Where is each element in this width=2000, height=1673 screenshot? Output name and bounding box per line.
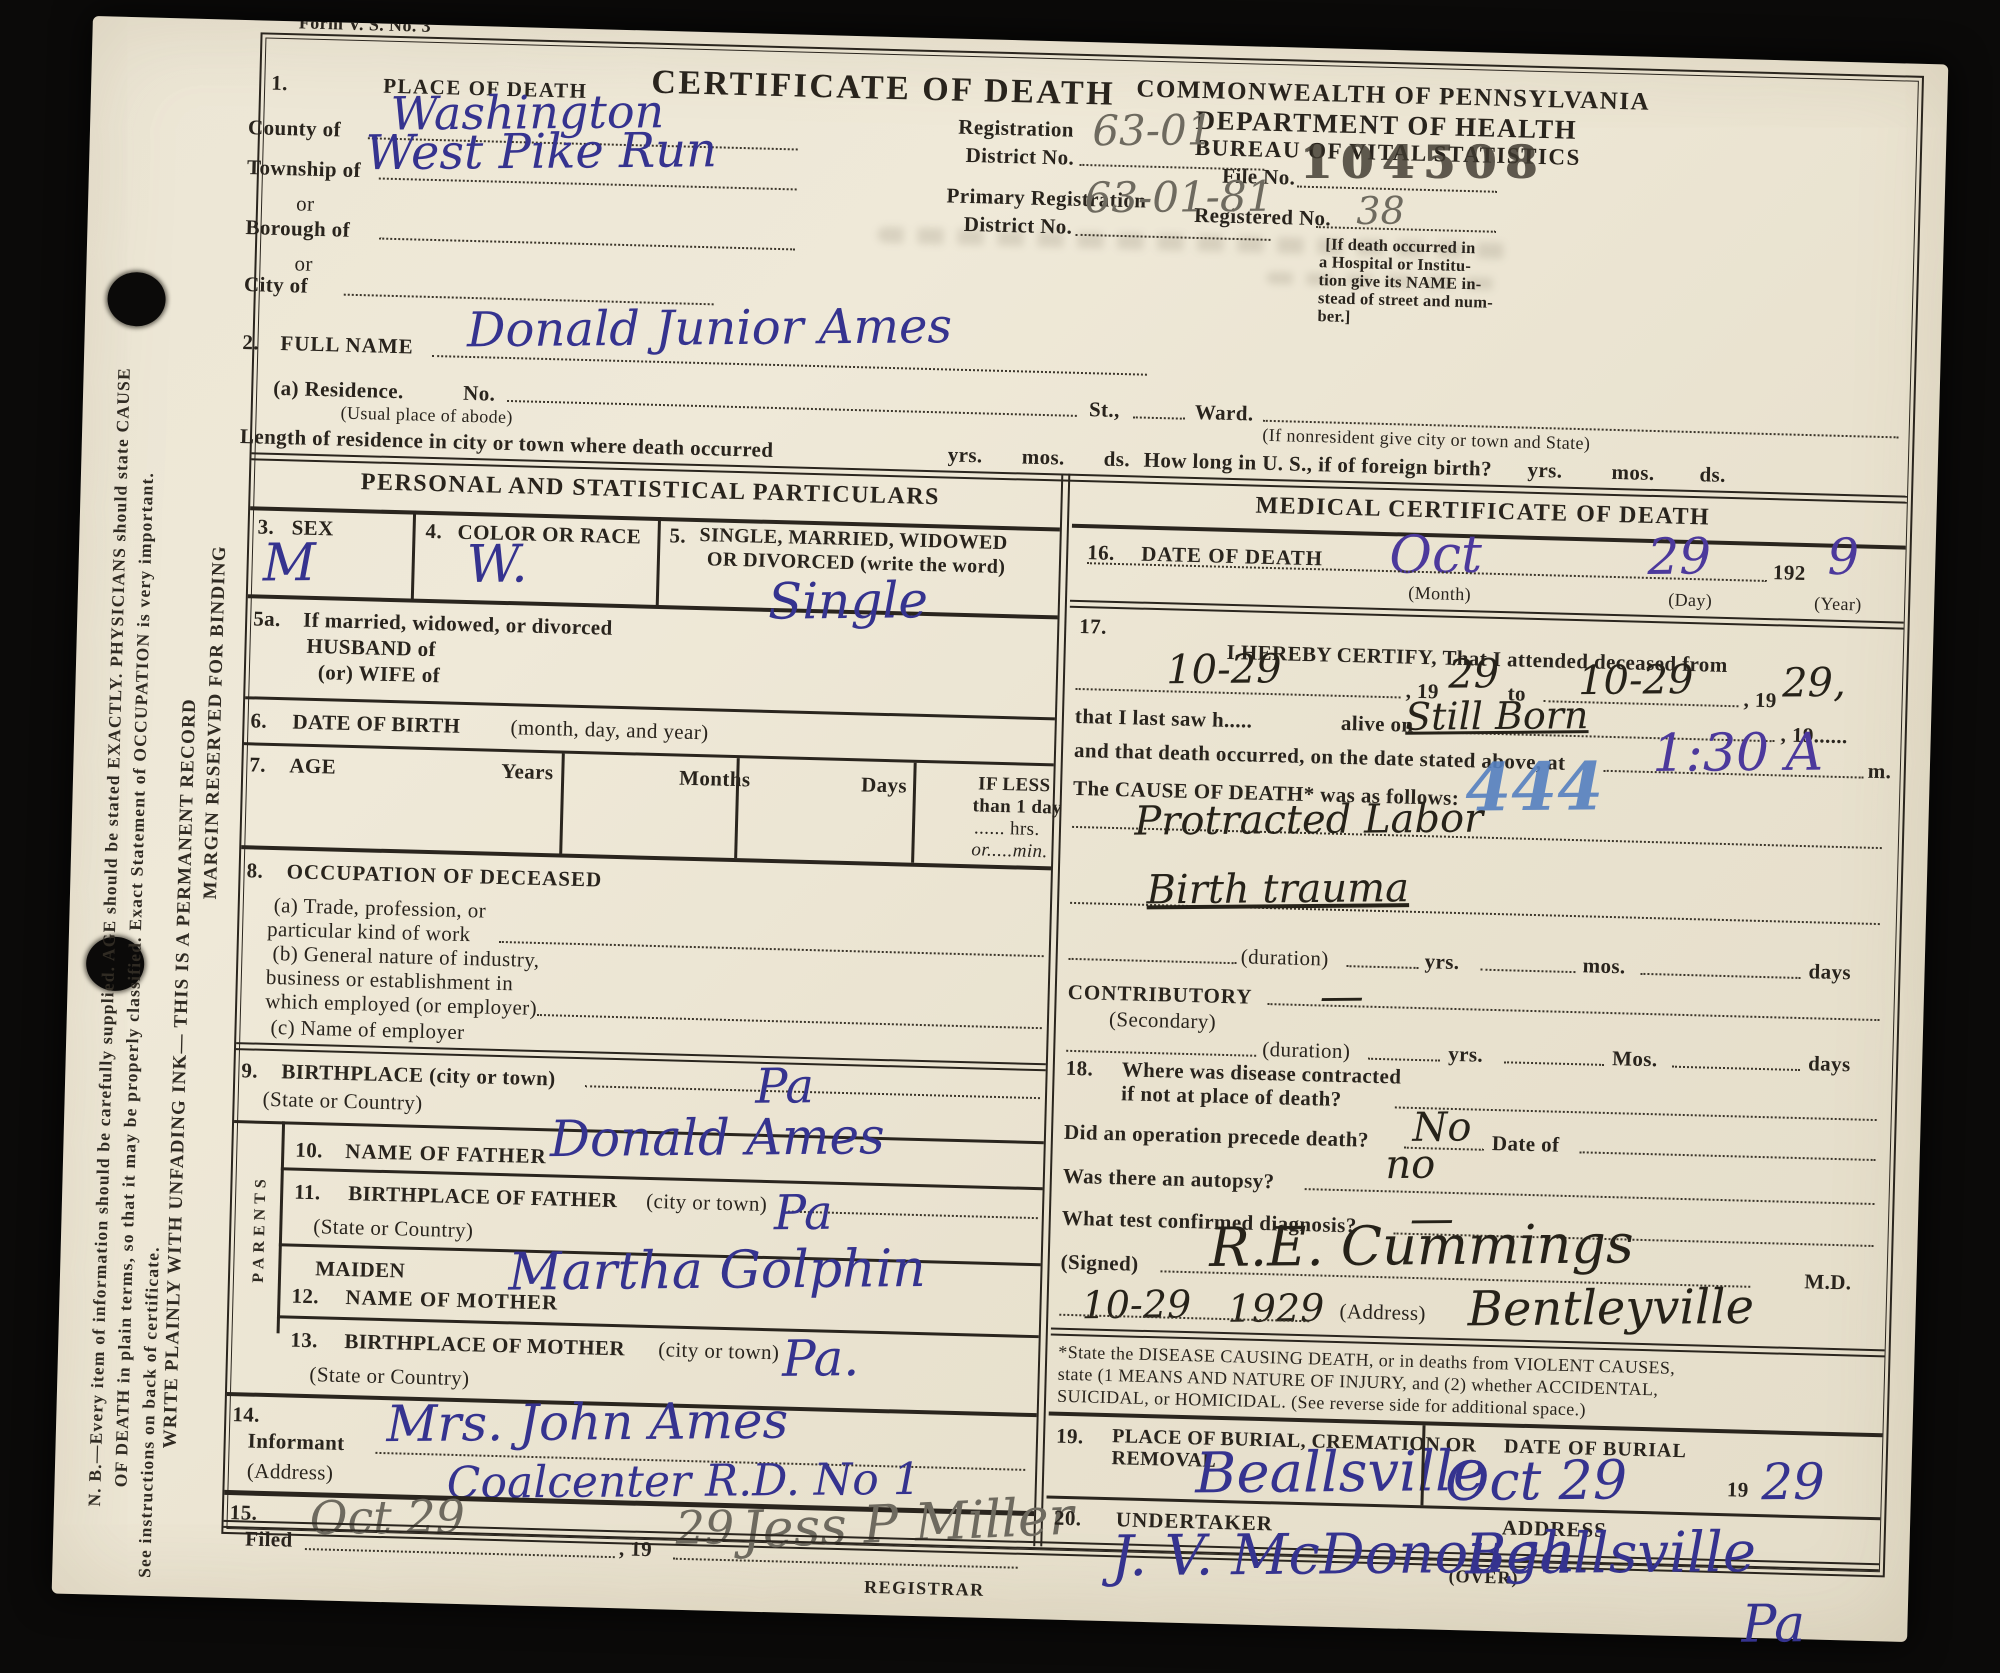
howlong-mos: mos.	[1611, 460, 1655, 486]
cause-value-2: Birth trauma	[1146, 868, 1409, 910]
bp-value: Pa	[755, 1062, 814, 1111]
length-mos: mos.	[1021, 444, 1065, 470]
contrib-value: —	[1320, 975, 1364, 1019]
if-less-1: IF LESS	[978, 773, 1051, 797]
informant-address-label: (Address)	[247, 1459, 334, 1486]
wife-label: (or) WIFE of	[318, 660, 441, 688]
full-name-value: Donald Junior Ames	[467, 302, 952, 354]
day-label: (Day)	[1668, 589, 1713, 611]
age-num: 7.	[249, 752, 266, 777]
cause-code-value: 444	[1465, 753, 1603, 820]
howlong-ds: ds.	[1699, 462, 1726, 488]
borough-label: Borough of	[245, 215, 350, 243]
age-years-label: Years	[501, 759, 554, 785]
filed-line-2	[673, 1558, 1018, 1569]
color-num: 4.	[425, 519, 442, 544]
registration-label-1: Registration	[958, 115, 1074, 143]
autopsy-value: no	[1385, 1145, 1435, 1185]
month-label: (Month)	[1408, 583, 1471, 606]
registration-label-2: District No.	[965, 143, 1074, 171]
dob-note: (month, day, and year)	[510, 715, 709, 745]
contrib-label: CONTRIBUTORY	[1067, 980, 1252, 1010]
marital-num: 5.	[669, 523, 686, 548]
if-less-3: ...... hrs.	[974, 817, 1040, 841]
city-label: City of	[244, 272, 309, 299]
dob-num: 6.	[250, 708, 267, 733]
registered-no-value: 38	[1356, 192, 1405, 230]
full-name-label: FULL NAME	[280, 331, 414, 359]
signed-label: (Signed)	[1060, 1250, 1139, 1277]
howlong-yrs: yrs.	[1527, 458, 1562, 484]
q18-num: 18.	[1065, 1056, 1093, 1082]
duration-days: days	[1808, 959, 1851, 985]
dod-day-value: 29	[1647, 531, 1711, 582]
duration-mos: mos.	[1582, 953, 1626, 979]
filed-label: Filed	[245, 1526, 293, 1552]
alive-on-label: alive on	[1341, 711, 1414, 738]
attended-to-19: , 19	[1743, 687, 1777, 713]
certificate-paper: N. B.—Every item of information should b…	[52, 16, 1949, 1642]
duration-yrs: yrs.	[1424, 949, 1459, 975]
secondary-label: (Secondary)	[1109, 1007, 1217, 1035]
hospital-note-5: ber.]	[1317, 306, 1350, 327]
dob-label: DATE OF BIRTH	[292, 709, 460, 738]
margin-note-instructions: See instructions on back of certificate.	[134, 1246, 164, 1578]
if-less-2: than 1 day	[972, 795, 1062, 819]
mother-bp-num: 13.	[290, 1328, 318, 1354]
year-label: (Year)	[1814, 593, 1862, 615]
duration2-yrs: yrs.	[1448, 1042, 1483, 1068]
abode-note: (Usual place of abode)	[340, 403, 513, 429]
mother-bp-note2: (State or Country)	[309, 1362, 470, 1391]
filed-19: , 19	[619, 1536, 653, 1562]
dod-year-printed: 192	[1773, 560, 1806, 586]
dateof-label: Date of	[1492, 1131, 1560, 1158]
informant-num: 14.	[232, 1402, 260, 1428]
mother-bp-note1: (city or town)	[658, 1337, 780, 1365]
father-bp-note2: (State or Country)	[313, 1214, 474, 1243]
md-label: M.D.	[1804, 1269, 1852, 1295]
color-value: W.	[467, 538, 528, 591]
length-yrs: yrs.	[947, 443, 982, 469]
residence-label: (a) Residence.	[273, 376, 404, 404]
mother-bp-value: Pa.	[782, 1333, 860, 1384]
burial-date-19: 19	[1727, 1477, 1749, 1503]
sec1-num: 1.	[271, 71, 288, 96]
bp-note: (State or Country)	[262, 1087, 423, 1116]
primary-reg-value: 63-01-81	[1084, 176, 1273, 220]
mother-num: 12.	[291, 1284, 319, 1310]
last-saw-label: that I last saw h.....	[1075, 704, 1253, 734]
duration2-label: (duration)	[1262, 1037, 1351, 1064]
county-label: County of	[248, 115, 341, 142]
duration2-mos: Mos.	[1612, 1046, 1658, 1072]
or-label-1: or	[296, 191, 315, 216]
margin-note-binding: MARGIN RESERVED FOR BINDING	[200, 545, 231, 900]
duration2-days: days	[1808, 1051, 1851, 1077]
attended-from-year: 29	[1448, 654, 1499, 694]
duration-label: (duration)	[1240, 944, 1329, 971]
informant-label: Informant	[247, 1429, 345, 1457]
burial-date-value: Oct 29	[1445, 1453, 1628, 1509]
md-address-value: Bentleyville	[1467, 1283, 1754, 1333]
cert-num: 17.	[1079, 614, 1107, 640]
file-no-stamp: 104508	[1300, 135, 1546, 189]
burial-place-value: Beallsville	[1195, 1444, 1486, 1503]
filed-year-value: 29	[675, 1504, 734, 1551]
age-months-label: Months	[679, 766, 751, 793]
township-label: Township of	[247, 155, 362, 183]
father-bp-note1: (city or town)	[646, 1189, 768, 1217]
bp-num: 9.	[241, 1058, 258, 1083]
maiden-label: MAIDEN	[315, 1256, 406, 1283]
father-label: NAME OF FATHER	[345, 1139, 547, 1169]
punch-hole-top	[107, 271, 166, 326]
burial-date-year: 29	[1761, 1457, 1825, 1508]
attended-to-year: 29,	[1782, 663, 1846, 704]
occ-c: (c) Name of employer	[270, 1015, 465, 1045]
filed-date-value: Oct 29	[310, 1494, 466, 1541]
marital-value: Single	[768, 575, 928, 626]
father-bp-value: Pa	[774, 1189, 833, 1238]
death-time-value: 1:30 A	[1652, 727, 1823, 780]
married-num: 5a.	[253, 606, 281, 632]
primary-reg-label-2: District No.	[963, 212, 1072, 240]
registrar-label: REGISTRAR	[864, 1577, 985, 1601]
husband-label: HUSBAND of	[306, 634, 436, 662]
margin-note-write-plainly: WRITE PLAINLY WITH UNFADING INK— THIS IS…	[160, 698, 202, 1449]
still-born-value: Still Born	[1405, 696, 1589, 736]
father-num: 10.	[295, 1138, 323, 1164]
signed-value: R.E. Cummings	[1209, 1217, 1634, 1275]
filed-line-1	[305, 1548, 615, 1558]
undertaker-address-value2: Pa	[1741, 1598, 1805, 1651]
burial-num: 19.	[1056, 1424, 1084, 1450]
sex-value: M	[262, 537, 316, 589]
mother-value: Martha Golphin	[508, 1243, 926, 1299]
parents-label: PARENTS	[250, 1174, 271, 1283]
father-bp-num: 11.	[294, 1180, 321, 1206]
sec2-num: 2.	[242, 330, 259, 355]
occurred-m: m.	[1867, 759, 1891, 785]
attended-from-value: 10-29	[1166, 649, 1282, 690]
age-label: AGE	[289, 753, 336, 779]
father-value: Donald Ames	[550, 1111, 885, 1164]
attended-to-value: 10-29	[1578, 660, 1694, 701]
undertaker-address-value: Beallsville	[1465, 1525, 1756, 1584]
cause-value-1: Protracted Labor	[1134, 799, 1483, 842]
length-ds: ds.	[1103, 447, 1130, 473]
dod-year-value: 9	[1827, 532, 1859, 582]
md-address-label: (Address)	[1339, 1299, 1426, 1326]
if-less-4: or.....min.	[971, 839, 1048, 863]
informant-value: Mrs. John Ames	[386, 1396, 788, 1450]
age-days-label: Days	[861, 772, 908, 798]
ward-label: Ward.	[1195, 400, 1254, 427]
occ-num: 8.	[246, 858, 263, 883]
signed-year-value: 1929	[1227, 1289, 1324, 1328]
st-label: St.,	[1089, 397, 1120, 423]
residence-no-label: No.	[463, 381, 496, 407]
township-value: West Pike Run	[365, 126, 717, 177]
registration-value: 63-01	[1092, 109, 1213, 152]
undertaker-num: 20.	[1054, 1506, 1082, 1532]
